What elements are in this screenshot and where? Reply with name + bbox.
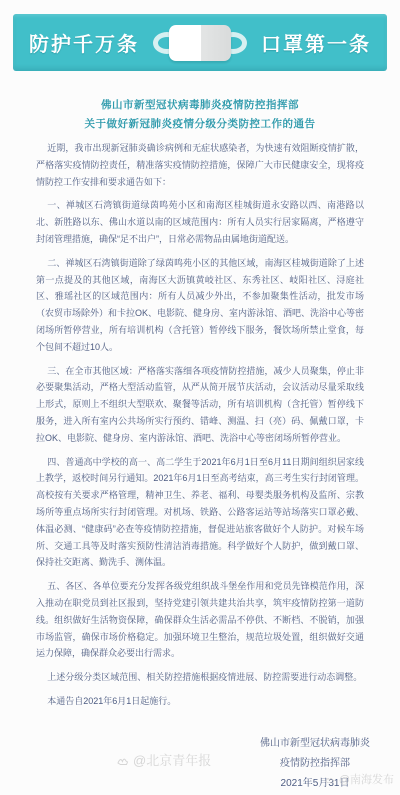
watermark-right: @南海发布 bbox=[324, 771, 394, 787]
notice-title: 佛山市新型冠状病毒肺炎疫情防控指挥部 关于做好新冠肺炎疫情分级分类防控工作的通告 bbox=[0, 96, 400, 134]
watermark-hand-icon bbox=[324, 774, 336, 784]
slogan-banner: 防护千万条 口罩第一条 bbox=[13, 14, 387, 71]
mask-body bbox=[169, 25, 231, 61]
watermark-right-text: @南海发布 bbox=[339, 771, 394, 787]
notice-title-line1: 佛山市新型冠状病毒肺炎疫情防控指挥部 bbox=[0, 96, 400, 115]
notice-image: 防护千万条 口罩第一条 佛山市新型冠状病毒肺炎疫情防控指挥部 关于做好新冠肺炎疫… bbox=[0, 0, 400, 795]
section-3-paragraph: 三、在全市其他区域：严格落实落细各项疫情防控措施，减少人员聚集，停止非必要聚集活… bbox=[36, 363, 364, 447]
face-mask-icon bbox=[152, 23, 248, 63]
effective-date-paragraph: 本通告自2021年6月1日起施行。 bbox=[36, 693, 364, 710]
intro-paragraph: 近期，我市出现新冠肺炎确诊病例和无症状感染者，为快速有效阻断疫情扩散，严格落实疫… bbox=[36, 140, 364, 190]
section-2-paragraph: 二、禅城区石湾镇街道除了绿茵鸣苑小区的其他区域，南海区桂城街道除了上述第一点提及… bbox=[36, 255, 364, 356]
section-1-paragraph: 一、禅城区石湾镇街道绿茵鸣苑小区和南海区桂城街道永安路以西、南港路以北、新胜路以… bbox=[36, 197, 364, 247]
section-5-paragraph: 五、各区、各单位要充分发挥各级党组织战斗堡垒作用和党员先锋模范作用，深入推动在职… bbox=[36, 578, 364, 662]
watermark-left-text: @北京青年报 bbox=[133, 750, 211, 769]
signature-org-line1: 佛山市新型冠状病毒肺炎 bbox=[260, 734, 370, 754]
section-4-paragraph: 四、普通高中学校的高一、高二学生于2021年6月1日至6月11日期间组织居家线上… bbox=[36, 454, 364, 572]
banner-right-text: 口罩第一条 bbox=[261, 28, 371, 57]
closing-paragraph: 上述分级分类区域范围、相关防控措施根据疫情进展、防控需要进行动态调整。 bbox=[36, 669, 364, 686]
watermark-left: @北京青年报 bbox=[116, 750, 211, 769]
notice-body: 近期，我市出现新冠肺炎确诊病例和无症状感染者，为快速有效阻断疫情扩散，严格落实疫… bbox=[0, 140, 400, 710]
watermark-hand-icon bbox=[116, 754, 130, 766]
notice-title-line2: 关于做好新冠肺炎疫情分级分类防控工作的通告 bbox=[0, 115, 400, 134]
banner-left-text: 防护千万条 bbox=[29, 28, 139, 57]
